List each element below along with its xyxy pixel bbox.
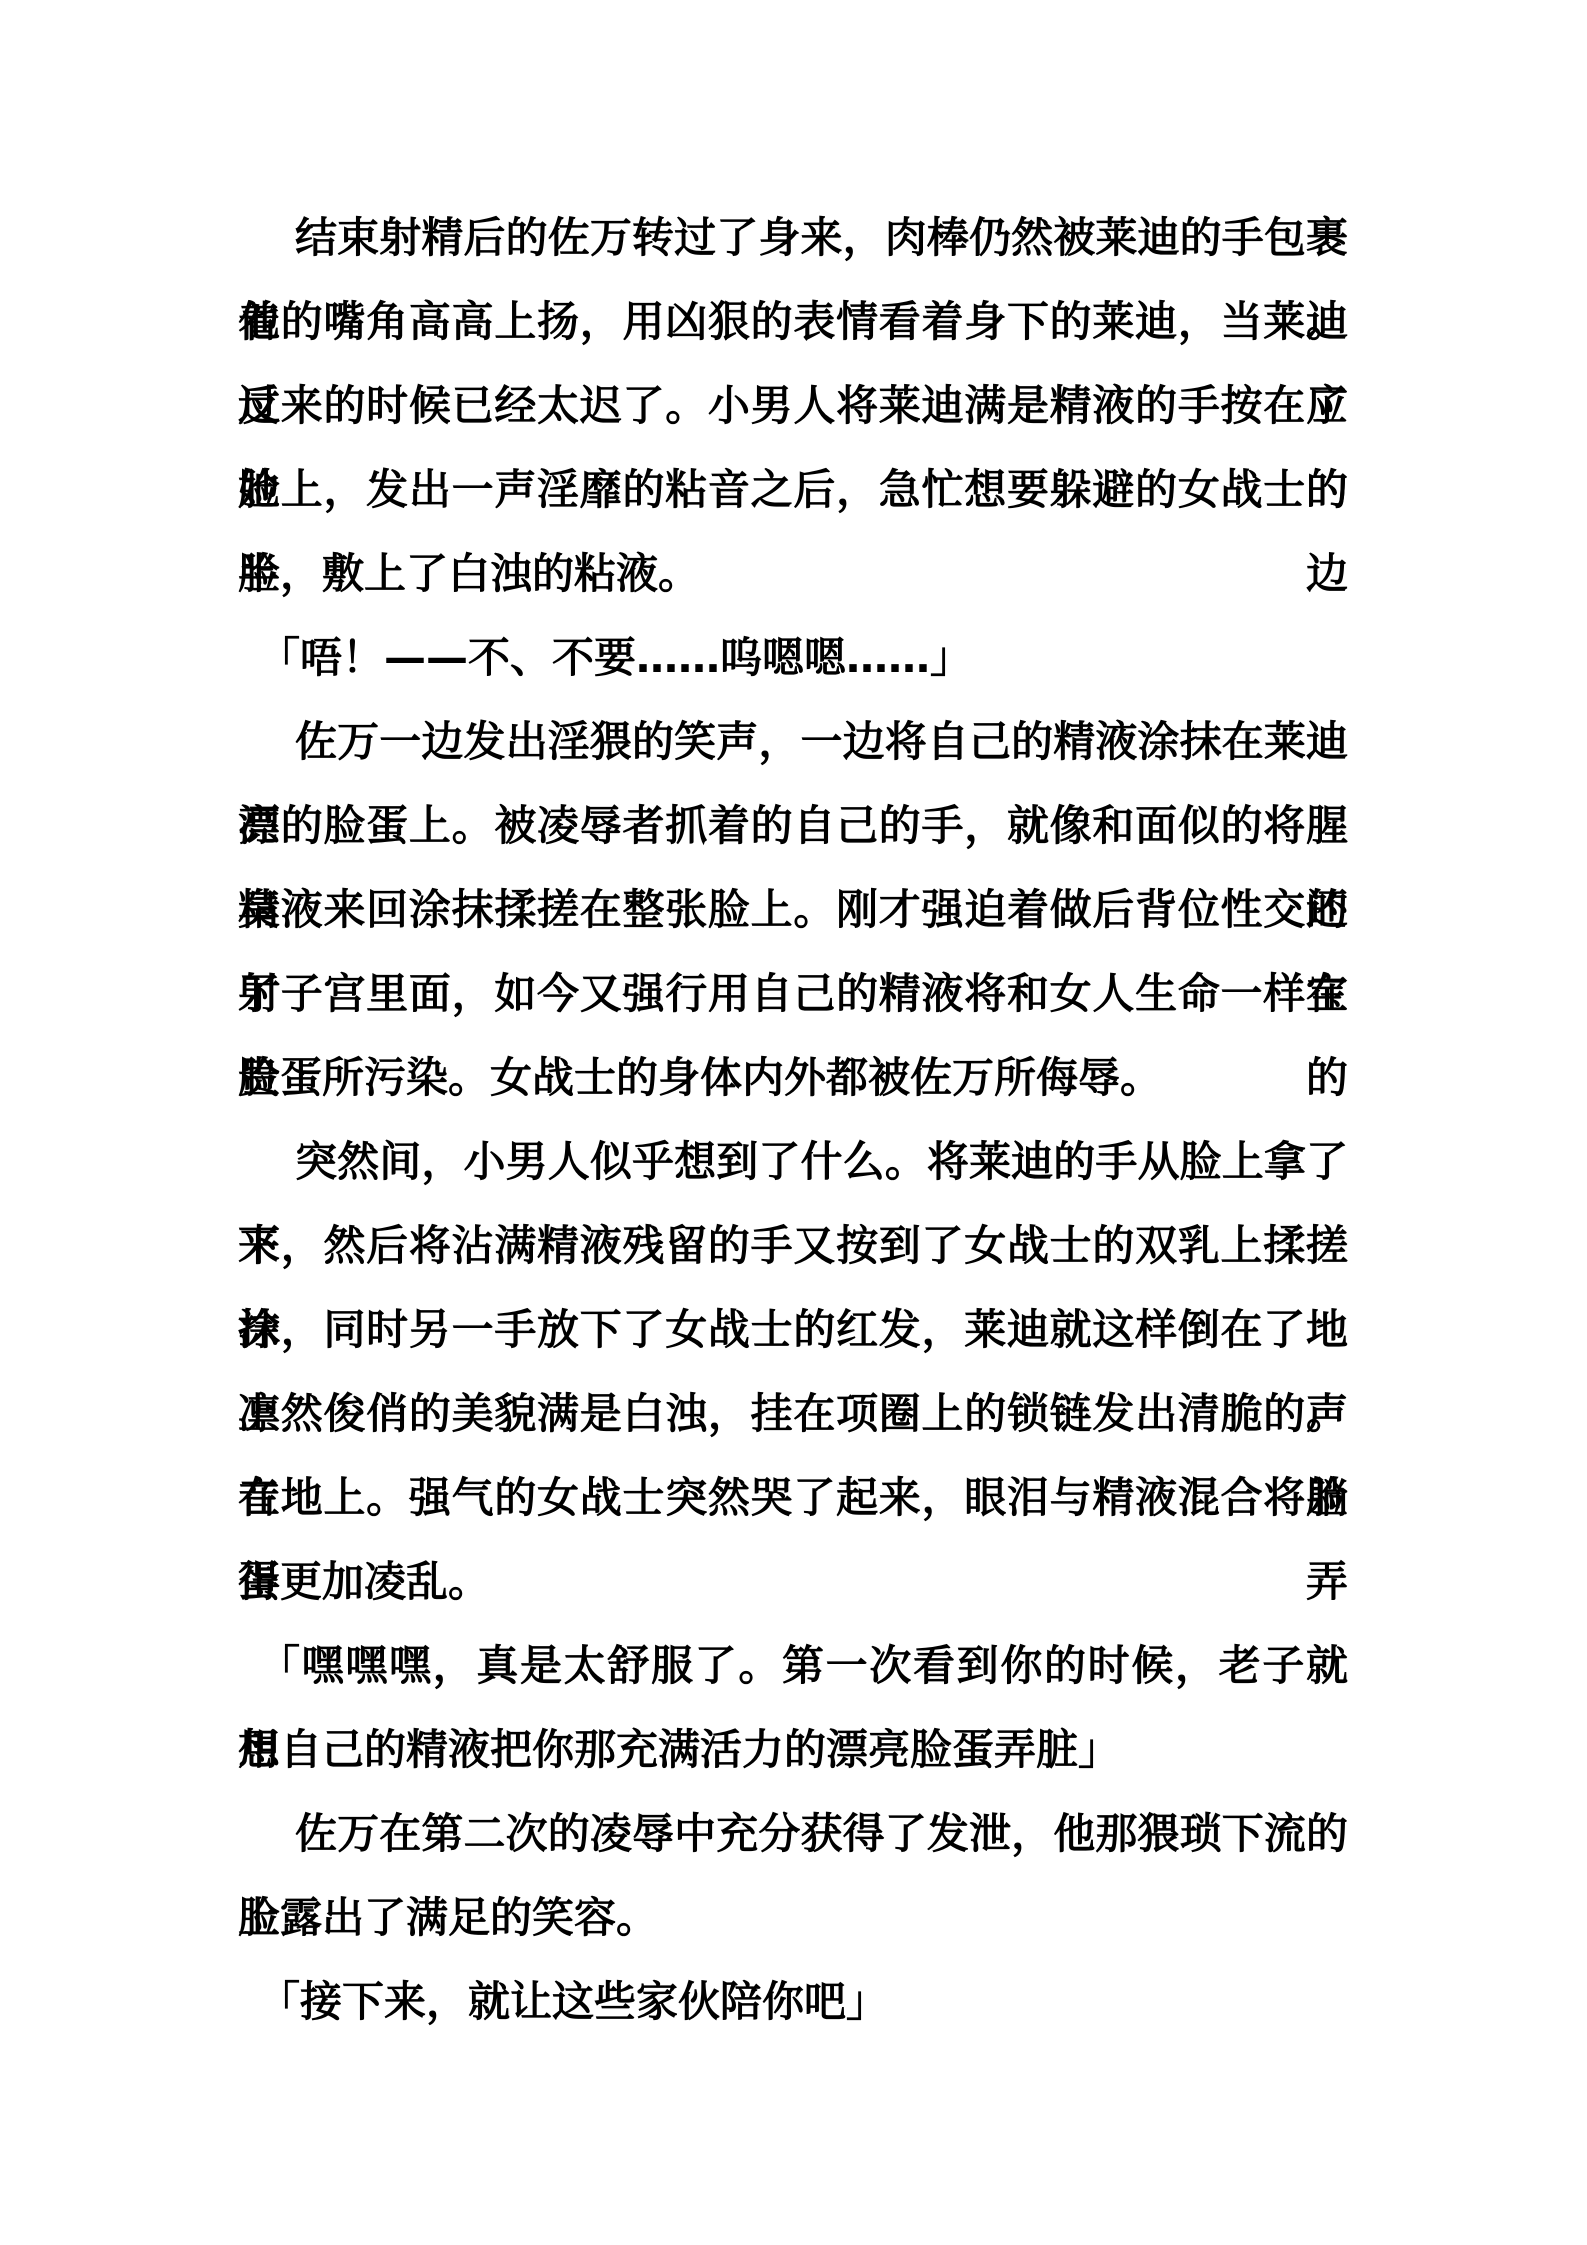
text-line: 脸上，发出一声淫靡的粘音之后，急忙想要躲避的女战士的半边 <box>238 448 1348 532</box>
text-line: 精液来回涂抹揉搓在整张脸上。刚才强迫着做后背位性交还射在 <box>238 868 1348 952</box>
dialogue-line: 用自己的精液把你那充满活力的漂亮脸蛋弄脏」 <box>238 1708 1348 1792</box>
text-line: 在地上。强气的女战士突然哭了起来，眼泪与精液混合将脸蛋弄 <box>238 1456 1348 1540</box>
dialogue-line: 「唔！——不、不要……呜嗯嗯……」 <box>238 616 1348 700</box>
text-line: 佐万在第二次的凌辱中充分获得了发泄，他那猥琐下流的脸 <box>238 1792 1348 1876</box>
text-line: 过来的时候已经太迟了。小男人将莱迪满是精液的手按在了她的 <box>238 364 1348 448</box>
text-line: 了子宫里面，如今又强行用自己的精液将和女人生命一样宝贵的 <box>238 952 1348 1036</box>
dialogue-line: 「嘿嘿嘿，真是太舒服了。第一次看到你的时候，老子就想 <box>238 1624 1348 1708</box>
text-line: 结束射精后的佐万转过了身来，肉棒仍然被莱迪的手包裹着。 <box>238 196 1348 280</box>
text-line: 佐万一边发出淫猥的笑声，一边将自己的精液涂抹在莱迪漂 <box>238 700 1348 784</box>
text-line: 亮的脸蛋上。被凌辱者抓着的自己的手，就像和面似的将腥臭的 <box>238 784 1348 868</box>
text-block: 结束射精后的佐万转过了身来，肉棒仍然被莱迪的手包裹着。 他的嘴角高高上扬，用凶狠… <box>238 196 1348 2044</box>
dialogue-line: 「接下来，就让这些家伙陪你吧」 <box>238 1960 1348 2044</box>
page: 结束射精后的佐万转过了身来，肉棒仍然被莱迪的手包裹着。 他的嘴角高高上扬，用凶狠… <box>0 0 1587 2245</box>
text-line: 上露出了满足的笑容。 <box>238 1876 1348 1960</box>
text-line: 突然间，小男人似乎想到了什么。将莱迪的手从脸上拿了下 <box>238 1120 1348 1204</box>
text-line: 来，然后将沾满精液残留的手又按到了女战士的双乳上揉搓涂 <box>238 1204 1348 1288</box>
text-line: 他的嘴角高高上扬，用凶狠的表情看着身下的莱迪，当莱迪反应 <box>238 280 1348 364</box>
text-line: 抹，同时另一手放下了女战士的红发，莱迪就这样倒在了地上。 <box>238 1288 1348 1372</box>
text-line: 凛然俊俏的美貌满是白浊，挂在项圈上的锁链发出清脆的声音躺 <box>238 1372 1348 1456</box>
